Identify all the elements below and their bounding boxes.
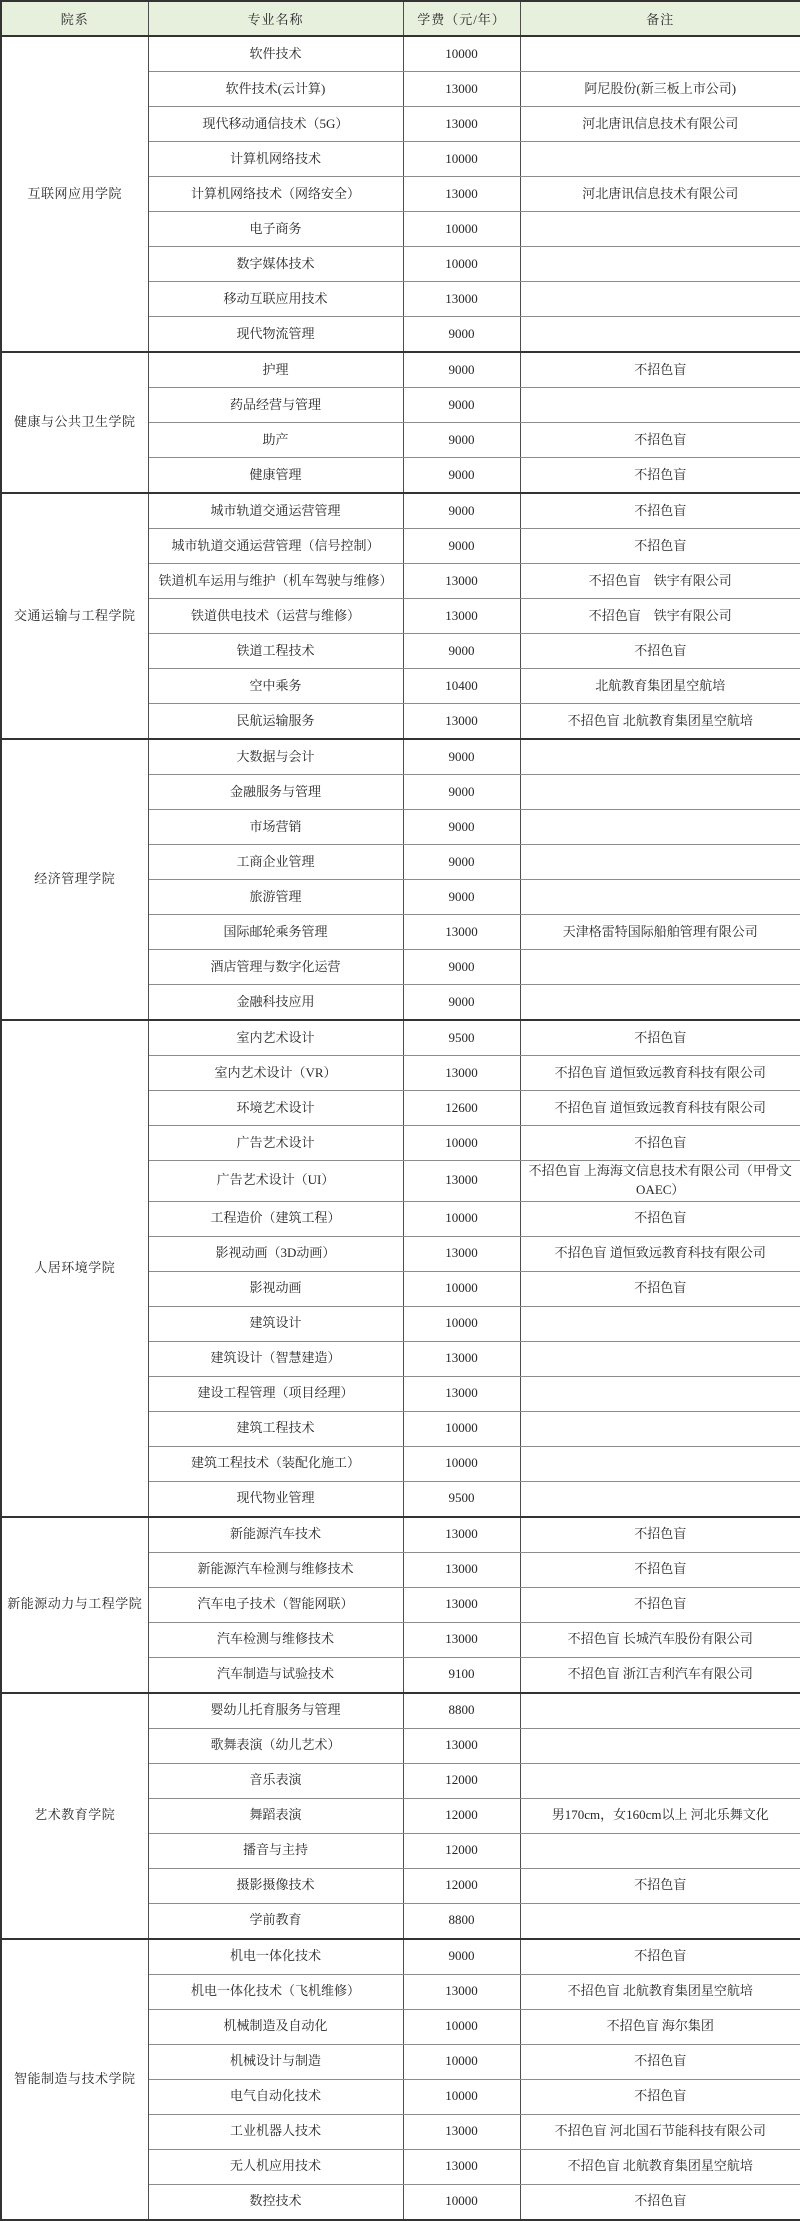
major-cell: 国际邮轮乘务管理 <box>148 915 403 950</box>
fee-cell: 9000 <box>403 880 520 915</box>
note-cell: 河北唐讯信息技术有限公司 <box>520 177 800 212</box>
fee-cell: 9000 <box>403 775 520 810</box>
note-cell <box>520 810 800 845</box>
major-cell: 现代移动通信技术（5G） <box>148 107 403 142</box>
table-row: 新能源动力与工程学院新能源汽车技术13000不招色盲 <box>1 1517 800 1553</box>
major-cell: 机电一体化技术（飞机维修） <box>148 1974 403 2009</box>
fee-cell: 13000 <box>403 2149 520 2184</box>
note-cell: 天津格雷特国际船舶管理有限公司 <box>520 915 800 950</box>
fee-cell: 10000 <box>403 1126 520 1161</box>
major-cell: 电气自动化技术 <box>148 2079 403 2114</box>
major-cell: 现代物业管理 <box>148 1481 403 1517</box>
fee-cell: 10000 <box>403 212 520 247</box>
major-cell: 播音与主持 <box>148 1833 403 1868</box>
fee-cell: 13000 <box>403 1622 520 1657</box>
note-cell: 不招色盲 <box>520 2044 800 2079</box>
major-cell: 金融科技应用 <box>148 985 403 1021</box>
fee-cell: 13000 <box>403 1236 520 1271</box>
note-cell <box>520 1306 800 1341</box>
major-cell: 建筑工程技术 <box>148 1411 403 1446</box>
table-row: 健康与公共卫生学院护理9000不招色盲 <box>1 352 800 388</box>
note-cell: 不招色盲 <box>520 2184 800 2220</box>
table-row: 经济管理学院大数据与会计9000 <box>1 739 800 775</box>
major-cell: 药品经营与管理 <box>148 388 403 423</box>
fee-cell: 13000 <box>403 177 520 212</box>
department-cell: 人居环境学院 <box>1 1020 148 1517</box>
note-cell <box>520 1763 800 1798</box>
fee-cell: 10400 <box>403 669 520 704</box>
note-cell <box>520 317 800 353</box>
major-cell: 婴幼儿托育服务与管理 <box>148 1693 403 1729</box>
note-cell <box>520 1341 800 1376</box>
major-cell: 影视动画 <box>148 1271 403 1306</box>
major-cell: 铁道工程技术 <box>148 634 403 669</box>
fee-cell: 13000 <box>403 107 520 142</box>
note-cell: 不招色盲 河北国石节能科技有限公司 <box>520 2114 800 2149</box>
major-cell: 建筑设计 <box>148 1306 403 1341</box>
table-row: 互联网应用学院软件技术10000 <box>1 36 800 72</box>
col-header-note: 备注 <box>520 1 800 36</box>
note-cell: 不招色盲 <box>520 1126 800 1161</box>
major-cell: 大数据与会计 <box>148 739 403 775</box>
fee-cell: 8800 <box>403 1903 520 1939</box>
header-row: 院系 专业名称 学费（元/年） 备注 <box>1 1 800 36</box>
note-cell <box>520 247 800 282</box>
fee-cell: 9000 <box>403 529 520 564</box>
fee-cell: 13000 <box>403 72 520 107</box>
note-cell: 不招色盲 <box>520 1939 800 1975</box>
note-cell: 不招色盲 铁宇有限公司 <box>520 599 800 634</box>
fee-cell: 13000 <box>403 1552 520 1587</box>
fee-cell: 10000 <box>403 142 520 177</box>
department-cell: 健康与公共卫生学院 <box>1 352 148 493</box>
fee-cell: 10000 <box>403 2079 520 2114</box>
major-cell: 助产 <box>148 423 403 458</box>
fee-cell: 9000 <box>403 739 520 775</box>
fee-cell: 9000 <box>403 845 520 880</box>
note-cell: 不招色盲 海尔集团 <box>520 2009 800 2044</box>
fee-cell: 13000 <box>403 704 520 740</box>
note-cell: 不招色盲 <box>520 2079 800 2114</box>
note-cell: 不招色盲 <box>520 1587 800 1622</box>
department-cell: 艺术教育学院 <box>1 1693 148 1939</box>
fee-cell: 10000 <box>403 1446 520 1481</box>
note-cell: 不招色盲 <box>520 1552 800 1587</box>
major-cell: 室内艺术设计（VR） <box>148 1056 403 1091</box>
note-cell: 不招色盲 道恒致远教育科技有限公司 <box>520 1056 800 1091</box>
major-cell: 无人机应用技术 <box>148 2149 403 2184</box>
note-cell <box>520 985 800 1021</box>
fee-cell: 10000 <box>403 2009 520 2044</box>
fee-cell: 9000 <box>403 493 520 529</box>
fee-cell: 9000 <box>403 388 520 423</box>
note-cell: 不招色盲 <box>520 1020 800 1056</box>
major-cell: 建筑设计（智慧建造） <box>148 1341 403 1376</box>
major-cell: 汽车电子技术（智能网联） <box>148 1587 403 1622</box>
note-cell: 男170cm，女160cm以上 河北乐舞文化 <box>520 1798 800 1833</box>
note-cell <box>520 1728 800 1763</box>
fee-cell: 9000 <box>403 634 520 669</box>
note-cell: 不招色盲 <box>520 352 800 388</box>
note-cell: 不招色盲 长城汽车股份有限公司 <box>520 1622 800 1657</box>
department-cell: 交通运输与工程学院 <box>1 493 148 739</box>
major-cell: 新能源汽车技术 <box>148 1517 403 1553</box>
major-cell: 机电一体化技术 <box>148 1939 403 1975</box>
fee-cell: 9000 <box>403 458 520 494</box>
major-cell: 学前教育 <box>148 1903 403 1939</box>
fee-cell: 12000 <box>403 1763 520 1798</box>
fee-cell: 9500 <box>403 1481 520 1517</box>
note-cell: 不招色盲 北航教育集团星空航培 <box>520 1974 800 2009</box>
fee-cell: 10000 <box>403 1411 520 1446</box>
major-cell: 汽车制造与试验技术 <box>148 1657 403 1693</box>
major-cell: 机械制造及自动化 <box>148 2009 403 2044</box>
major-cell: 计算机网络技术（网络安全） <box>148 177 403 212</box>
note-cell: 不招色盲 <box>520 458 800 494</box>
fee-cell: 13000 <box>403 2114 520 2149</box>
major-cell: 软件技术(云计算) <box>148 72 403 107</box>
fee-cell: 13000 <box>403 564 520 599</box>
note-cell: 不招色盲 <box>520 529 800 564</box>
fee-cell: 12600 <box>403 1091 520 1126</box>
major-cell: 护理 <box>148 352 403 388</box>
major-cell: 电子商务 <box>148 212 403 247</box>
fee-cell: 13000 <box>403 1587 520 1622</box>
major-cell: 数控技术 <box>148 2184 403 2220</box>
fee-cell: 13000 <box>403 1056 520 1091</box>
note-cell <box>520 1376 800 1411</box>
table-row: 智能制造与技术学院机电一体化技术9000不招色盲 <box>1 1939 800 1975</box>
fee-cell: 10000 <box>403 2044 520 2079</box>
fee-cell: 9000 <box>403 985 520 1021</box>
note-cell: 不招色盲 上海海文信息技术有限公司（甲骨文OAEC） <box>520 1161 800 1202</box>
fee-cell: 10000 <box>403 1201 520 1236</box>
note-cell: 不招色盲 北航教育集团星空航培 <box>520 2149 800 2184</box>
major-cell: 现代物流管理 <box>148 317 403 353</box>
note-cell: 不招色盲 <box>520 1517 800 1553</box>
fee-cell: 13000 <box>403 1974 520 2009</box>
fee-cell: 13000 <box>403 1517 520 1553</box>
note-cell <box>520 775 800 810</box>
major-cell: 计算机网络技术 <box>148 142 403 177</box>
col-header-department: 院系 <box>1 1 148 36</box>
table-body: 互联网应用学院软件技术10000软件技术(云计算)13000阿尼股份(新三板上市… <box>1 36 800 2220</box>
note-cell: 不招色盲 <box>520 1201 800 1236</box>
department-cell: 经济管理学院 <box>1 739 148 1020</box>
fee-cell: 9000 <box>403 352 520 388</box>
major-cell: 健康管理 <box>148 458 403 494</box>
note-cell <box>520 142 800 177</box>
note-cell: 不招色盲 <box>520 423 800 458</box>
fee-cell: 10000 <box>403 2184 520 2220</box>
note-cell: 不招色盲 北航教育集团星空航培 <box>520 704 800 740</box>
note-cell <box>520 845 800 880</box>
major-cell: 旅游管理 <box>148 880 403 915</box>
fee-cell: 13000 <box>403 1728 520 1763</box>
note-cell: 不招色盲 <box>520 1868 800 1903</box>
major-cell: 城市轨道交通运营管理（信号控制） <box>148 529 403 564</box>
note-cell <box>520 36 800 72</box>
major-cell: 酒店管理与数字化运营 <box>148 950 403 985</box>
major-cell: 空中乘务 <box>148 669 403 704</box>
note-cell: 阿尼股份(新三板上市公司) <box>520 72 800 107</box>
note-cell: 不招色盲 道恒致远教育科技有限公司 <box>520 1236 800 1271</box>
fee-cell: 13000 <box>403 1161 520 1202</box>
major-cell: 建设工程管理（项目经理） <box>148 1376 403 1411</box>
fee-cell: 9000 <box>403 423 520 458</box>
major-cell: 机械设计与制造 <box>148 2044 403 2079</box>
note-cell <box>520 282 800 317</box>
fee-cell: 12000 <box>403 1833 520 1868</box>
note-cell <box>520 739 800 775</box>
fee-cell: 10000 <box>403 247 520 282</box>
major-cell: 软件技术 <box>148 36 403 72</box>
major-cell: 铁道机车运用与维护（机车驾驶与维修） <box>148 564 403 599</box>
major-cell: 市场营销 <box>148 810 403 845</box>
fee-cell: 10000 <box>403 36 520 72</box>
major-cell: 工程造价（建筑工程） <box>148 1201 403 1236</box>
note-cell <box>520 1446 800 1481</box>
note-cell: 不招色盲 铁宇有限公司 <box>520 564 800 599</box>
note-cell: 不招色盲 <box>520 493 800 529</box>
note-cell: 不招色盲 道恒致远教育科技有限公司 <box>520 1091 800 1126</box>
major-cell: 城市轨道交通运营管理 <box>148 493 403 529</box>
note-cell <box>520 212 800 247</box>
fee-cell: 9000 <box>403 810 520 845</box>
major-cell: 工商企业管理 <box>148 845 403 880</box>
note-cell <box>520 880 800 915</box>
fee-cell: 8800 <box>403 1693 520 1729</box>
major-cell: 环境艺术设计 <box>148 1091 403 1126</box>
fee-cell: 10000 <box>403 1271 520 1306</box>
major-cell: 汽车检测与维修技术 <box>148 1622 403 1657</box>
note-cell: 河北唐讯信息技术有限公司 <box>520 107 800 142</box>
major-cell: 建筑工程技术（装配化施工） <box>148 1446 403 1481</box>
note-cell <box>520 1833 800 1868</box>
fee-cell: 9100 <box>403 1657 520 1693</box>
major-cell: 歌舞表演（幼儿艺术） <box>148 1728 403 1763</box>
note-cell <box>520 1903 800 1939</box>
major-cell: 音乐表演 <box>148 1763 403 1798</box>
fee-cell: 9000 <box>403 950 520 985</box>
tuition-table: 院系 专业名称 学费（元/年） 备注 互联网应用学院软件技术10000软件技术(… <box>0 0 800 2221</box>
fee-cell: 12000 <box>403 1868 520 1903</box>
department-cell: 新能源动力与工程学院 <box>1 1517 148 1693</box>
note-cell <box>520 1481 800 1517</box>
major-cell: 移动互联应用技术 <box>148 282 403 317</box>
fee-cell: 13000 <box>403 915 520 950</box>
tuition-page: 院系 专业名称 学费（元/年） 备注 互联网应用学院软件技术10000软件技术(… <box>0 0 800 2221</box>
note-cell: 不招色盲 <box>520 634 800 669</box>
table-row: 艺术教育学院婴幼儿托育服务与管理8800 <box>1 1693 800 1729</box>
fee-cell: 12000 <box>403 1798 520 1833</box>
fee-cell: 10000 <box>403 1306 520 1341</box>
note-cell <box>520 1411 800 1446</box>
department-cell: 互联网应用学院 <box>1 36 148 352</box>
major-cell: 摄影摄像技术 <box>148 1868 403 1903</box>
fee-cell: 13000 <box>403 1376 520 1411</box>
major-cell: 工业机器人技术 <box>148 2114 403 2149</box>
major-cell: 数字媒体技术 <box>148 247 403 282</box>
fee-cell: 13000 <box>403 1341 520 1376</box>
major-cell: 室内艺术设计 <box>148 1020 403 1056</box>
department-cell: 智能制造与技术学院 <box>1 1939 148 2220</box>
fee-cell: 13000 <box>403 599 520 634</box>
table-row: 交通运输与工程学院城市轨道交通运营管理9000不招色盲 <box>1 493 800 529</box>
fee-cell: 9000 <box>403 317 520 353</box>
major-cell: 影视动画（3D动画） <box>148 1236 403 1271</box>
major-cell: 新能源汽车检测与维修技术 <box>148 1552 403 1587</box>
major-cell: 舞蹈表演 <box>148 1798 403 1833</box>
major-cell: 民航运输服务 <box>148 704 403 740</box>
table-row: 人居环境学院室内艺术设计9500不招色盲 <box>1 1020 800 1056</box>
fee-cell: 13000 <box>403 282 520 317</box>
major-cell: 铁道供电技术（运营与维修） <box>148 599 403 634</box>
note-cell: 北航教育集团星空航培 <box>520 669 800 704</box>
major-cell: 广告艺术设计 <box>148 1126 403 1161</box>
fee-cell: 9500 <box>403 1020 520 1056</box>
note-cell: 不招色盲 <box>520 1271 800 1306</box>
note-cell: 不招色盲 浙江吉利汽车有限公司 <box>520 1657 800 1693</box>
col-header-major: 专业名称 <box>148 1 403 36</box>
note-cell <box>520 950 800 985</box>
major-cell: 金融服务与管理 <box>148 775 403 810</box>
major-cell: 广告艺术设计（UI） <box>148 1161 403 1202</box>
fee-cell: 9000 <box>403 1939 520 1975</box>
note-cell <box>520 1693 800 1729</box>
note-cell <box>520 388 800 423</box>
col-header-fee: 学费（元/年） <box>403 1 520 36</box>
